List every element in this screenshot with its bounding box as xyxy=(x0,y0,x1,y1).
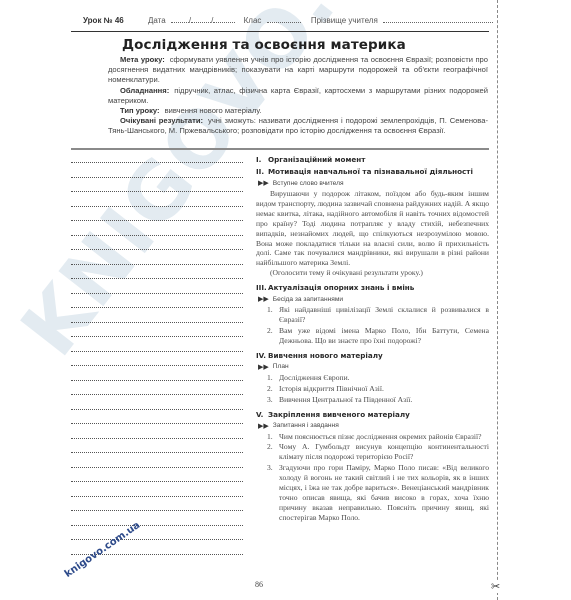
subheading-questions: ▶▶Запитання і завдання xyxy=(258,422,489,430)
note-line[interactable] xyxy=(71,249,243,264)
note-line[interactable] xyxy=(71,351,243,366)
teacher-label: Прізвище учителя xyxy=(311,16,378,25)
list-item: 1.Дослідження Європи. xyxy=(267,373,489,383)
note-line[interactable] xyxy=(71,322,243,337)
note-line[interactable] xyxy=(71,220,243,235)
lesson-content: I.Організаційний момент II.Мотивація нав… xyxy=(256,155,489,528)
subheading-conversation: ▶▶Бесіда за запитаннями xyxy=(258,295,489,303)
note-line[interactable] xyxy=(71,206,243,221)
list-item: 3.Згадуючи про гори Паміру, Марко Поло п… xyxy=(267,463,489,522)
class-field[interactable] xyxy=(267,14,301,23)
note-line[interactable] xyxy=(71,293,243,308)
class-label: Клас xyxy=(244,16,262,25)
double-arrow-icon: ▶▶ xyxy=(258,179,269,187)
note-line[interactable] xyxy=(71,510,243,525)
subheading-plan: ▶▶План xyxy=(258,363,489,371)
note-line[interactable] xyxy=(71,452,243,467)
note-line[interactable] xyxy=(71,423,243,438)
intro-results: Очікувані результати:учні зможуть: назив… xyxy=(108,116,488,136)
note-line[interactable] xyxy=(71,191,243,206)
note-line[interactable] xyxy=(71,380,243,395)
page-number: 86 xyxy=(255,580,263,589)
subheading-teacher-intro: ▶▶Вступне слово вчителя xyxy=(258,179,489,187)
lesson-header: Урок № 46 Дата // Клас Прізвище учителя xyxy=(83,14,493,25)
intro-type: Тип уроку:вивчення нового матеріалу. xyxy=(108,106,488,116)
section-rule xyxy=(71,148,489,150)
intro-goal: Мета уроку:сформувати уявлення учнів про… xyxy=(108,55,488,86)
plan-list: 1.Дослідження Європи. 2.Історія відкритт… xyxy=(256,373,489,405)
list-item: 2.Вам уже відомі імена Марко Поло, Ібн Б… xyxy=(267,326,489,346)
note-line[interactable] xyxy=(71,365,243,380)
teacher-intro-text: Вирушаючи у подорож літаком, поїздом або… xyxy=(256,189,489,278)
date-year-field[interactable] xyxy=(213,14,235,23)
note-line[interactable] xyxy=(71,235,243,250)
section-heading-5: V.Закріплення вивченого матеріалу xyxy=(256,410,489,419)
note-line[interactable] xyxy=(71,525,243,540)
section-heading-3: III.Актуалізація опорних знань і вмінь xyxy=(256,283,489,292)
notes-lines[interactable] xyxy=(71,162,243,568)
header-rule xyxy=(71,31,489,32)
date-label: Дата xyxy=(148,16,166,25)
section-heading-4: IV.Вивчення нового матеріалу xyxy=(256,351,489,360)
note-line[interactable] xyxy=(71,481,243,496)
review-questions: 1.Чим пояснюється пізнє дослідження окре… xyxy=(256,432,489,523)
note-line[interactable] xyxy=(71,264,243,279)
note-line[interactable] xyxy=(71,278,243,293)
date-month-field[interactable] xyxy=(191,14,211,23)
note-line[interactable] xyxy=(71,177,243,192)
scissors-icon: ✂ xyxy=(491,582,500,593)
double-arrow-icon: ▶▶ xyxy=(258,295,269,303)
note-line[interactable] xyxy=(71,467,243,482)
section-heading-2: II.Мотивація навчальної та пізнавальної … xyxy=(256,167,489,176)
lesson-intro: Мета уроку:сформувати уявлення учнів про… xyxy=(108,55,488,137)
note-line[interactable] xyxy=(71,336,243,351)
double-arrow-icon: ▶▶ xyxy=(258,363,269,371)
list-item: 1.Які найдавніші цивілізації Землі склал… xyxy=(267,305,489,325)
note-line[interactable] xyxy=(71,409,243,424)
double-arrow-icon: ▶▶ xyxy=(258,422,269,430)
page-title: Дослідження та освоєння материка xyxy=(122,37,406,53)
note-line[interactable] xyxy=(71,438,243,453)
intro-equipment: Обладнання:підручник, атлас, фізична кар… xyxy=(108,86,488,106)
list-item: 3.Вивчення Центральної та Південної Азії… xyxy=(267,395,489,405)
note-line[interactable] xyxy=(71,394,243,409)
teacher-field[interactable] xyxy=(383,14,493,23)
list-item: 1.Чим пояснюється пізнє дослідження окре… xyxy=(267,432,489,442)
note-line[interactable] xyxy=(71,162,243,177)
conversation-questions: 1.Які найдавніші цивілізації Землі склал… xyxy=(256,305,489,346)
cut-line xyxy=(497,0,498,600)
lesson-number: Урок № 46 xyxy=(83,16,124,25)
list-item: 2.Чому А. Гумбольдт висунув концепцію ко… xyxy=(267,442,489,462)
date-day-field[interactable] xyxy=(171,14,189,23)
note-line[interactable] xyxy=(71,496,243,511)
list-item: 2.Історія відкриття Північної Азії. xyxy=(267,384,489,394)
section-heading-1: I.Організаційний момент xyxy=(256,155,489,164)
note-line[interactable] xyxy=(71,307,243,322)
